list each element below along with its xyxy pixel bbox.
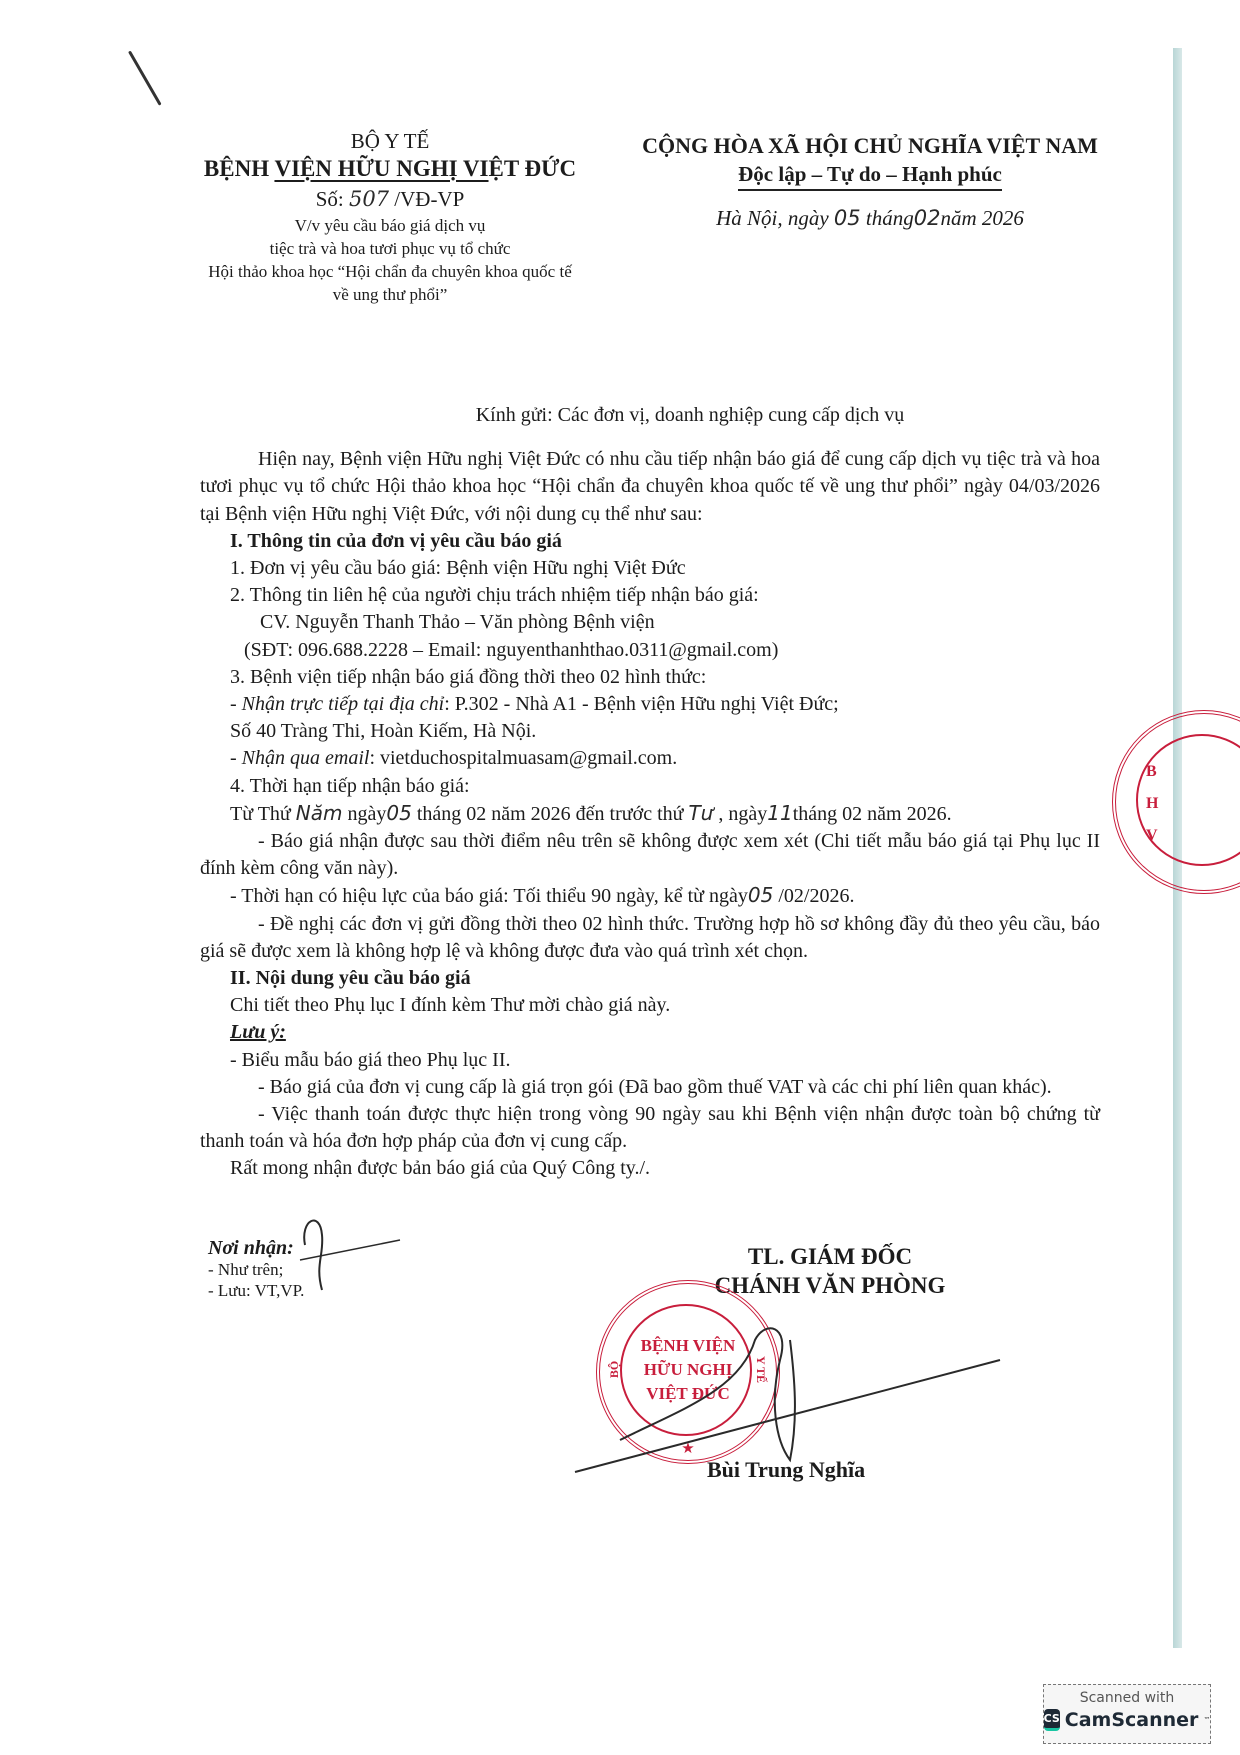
issuer-header: BỘ Y TẾ BỆNH VIỆN HỮU NGHỊ VIỆT ĐỨC Số: … — [170, 128, 610, 306]
item-2: 2. Thông tin liên hệ của người chịu trác… — [230, 582, 1100, 609]
email-submission: - Nhận qua email: vietduchospitalmuasam@… — [230, 745, 1100, 772]
recipients-label: Nơi nhận: — [208, 1238, 304, 1259]
late-submission-note: - Báo giá nhận được sau thời điểm nêu tr… — [200, 828, 1100, 882]
submission-period: Từ Thứ Năm ngày05 tháng 02 năm 2026 đến … — [230, 800, 1100, 828]
camscanner-logo-icon: CS — [1044, 1709, 1060, 1731]
camscanner-badge: Scanned with CS CamScanner™ — [1043, 1684, 1211, 1744]
both-forms-note: - Đề nghị các đơn vị gửi đồng thời theo … — [200, 911, 1100, 965]
note-1: - Biểu mẫu báo giá theo Phụ lục II. — [230, 1047, 1100, 1074]
nation-title: CỘNG HÒA XÃ HỘI CHỦ NGHĨA VIỆT NAM — [620, 132, 1120, 160]
closing: Rất mong nhận được bản báo giá của Quý C… — [230, 1155, 1100, 1182]
recipient-item: - Như trên; — [208, 1259, 304, 1280]
section-1-title: I. Thông tin của đơn vị yêu cầu báo giá — [230, 528, 1100, 555]
note-2: - Báo giá của đơn vị cung cấp là giá trọ… — [200, 1074, 1100, 1101]
note-title: Lưu ý: — [230, 1019, 1100, 1046]
letter-body: Kính gửi: Các đơn vị, doanh nghiệp cung … — [230, 402, 1100, 1183]
national-motto: Độc lập – Tự do – Hạnh phúc — [738, 160, 1002, 191]
direct-address: - Nhận trực tiếp tại địa chỉ: P.302 - Nh… — [230, 691, 1100, 718]
direct-address-line-2: Số 40 Tràng Thi, Hoàn Kiếm, Hà Nội. — [230, 718, 1100, 745]
contact-name: CV. Nguyễn Thanh Thảo – Văn phòng Bệnh v… — [230, 609, 1100, 636]
place-date: Hà Nội, ngày 05 tháng02năm 2026 — [620, 203, 1120, 233]
validity-note: - Thời hạn có hiệu lực của báo giá: Tối … — [230, 882, 1100, 910]
recipients: Nơi nhận: - Như trên; - Lưu: VT,VP. — [208, 1238, 304, 1301]
edge-stamp: B H V — [1112, 710, 1240, 894]
intro-paragraph: Hiện nay, Bệnh viện Hữu nghị Việt Đức có… — [200, 446, 1100, 528]
star-icon: ★ — [600, 1439, 776, 1458]
pen-mark — [128, 51, 162, 106]
note-3: - Việc thanh toán được thực hiện trong v… — [200, 1101, 1100, 1155]
document-number: Số: 507 /VĐ-VP — [170, 184, 610, 214]
salutation: Kính gửi: Các đơn vị, doanh nghiệp cung … — [280, 402, 1100, 429]
section-2-title: II. Nội dung yêu cầu báo giá — [230, 965, 1100, 992]
item-3: 3. Bệnh viện tiếp nhận báo giá đồng thời… — [230, 664, 1100, 691]
national-header: CỘNG HÒA XÃ HỘI CHỦ NGHĨA VIỆT NAM Độc l… — [620, 132, 1120, 233]
hospital-name: BỆNH VIỆN HỮU NGHỊ VIỆT ĐỨC — [170, 154, 610, 184]
signer-name: Bùi Trung Nghĩa — [707, 1457, 865, 1483]
contact-phone-email: (SĐT: 096.688.2228 – Email: nguyenthanht… — [230, 637, 1100, 664]
item-1: 1. Đơn vị yêu cầu báo giá: Bệnh viện Hữu… — [230, 555, 1100, 582]
official-stamp: BỆNH VIỆN HỮU NGHỊ VIỆT ĐỨC BỘ Y TẾ ★ — [596, 1280, 780, 1464]
recipient-item: - Lưu: VT,VP. — [208, 1280, 304, 1301]
section-2-text: Chi tiết theo Phụ lục I đính kèm Thư mời… — [230, 992, 1100, 1019]
handwritten-doc-number: 507 — [349, 187, 389, 211]
document-subject: V/v yêu cầu báo giá dịch vụ tiệc trà và … — [170, 214, 610, 306]
item-4: 4. Thời hạn tiếp nhận báo giá: — [230, 773, 1100, 800]
ministry-name: BỘ Y TẾ — [170, 128, 610, 154]
